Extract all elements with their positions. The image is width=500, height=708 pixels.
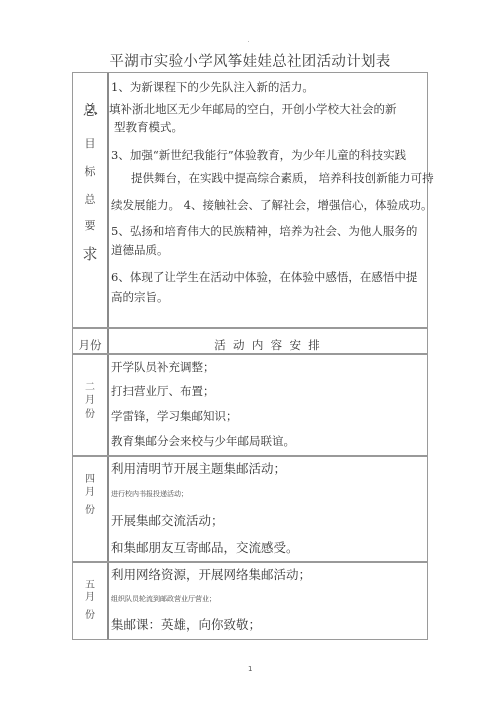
goal-line: 型教育模式。 — [114, 119, 183, 135]
activity-plan-table: 总 目 标 总 要 求 1、为新课程下的少先队注入新的活力。 2、 填补浙北地区… — [72, 72, 428, 640]
activity-item: 利用网络资源，开展网络集邮活动； — [111, 565, 311, 583]
goals-label-char: 标 — [73, 163, 107, 179]
month-label-char: 月 — [73, 483, 107, 498]
goal-line: 1、为新课程下的少先队注入新的活力。 — [111, 79, 314, 95]
goal-line: 填补浙北地区无少年邮局的空白，开创小学校大社会的新 — [109, 101, 397, 117]
activity-item: 学雷锋，学习集邮知识； — [111, 408, 238, 424]
month-label-char: 份 — [73, 606, 107, 621]
content-column-header: 活 动 内 容 安 排 — [107, 337, 427, 353]
row-divider — [73, 455, 427, 457]
activity-item: 开展集邮交流活动； — [111, 511, 224, 529]
goal-line: 道德品质。 — [111, 242, 169, 258]
goals-label-char: 总 — [73, 191, 107, 207]
row-divider — [73, 561, 427, 563]
month-label-char: 份 — [73, 501, 107, 516]
activity-item: 打扫营业厅、布置； — [111, 383, 215, 399]
row-divider — [73, 353, 427, 355]
month-label-char: 月 — [73, 588, 107, 603]
page-number: 1 — [248, 665, 252, 673]
goal-line: 提供舞台，在实践中提高综合素质， 培养科技创新能力可持 — [131, 170, 434, 186]
month-label-char: 份 — [73, 405, 107, 420]
goal-line: 6、体现了让学生在活动中体验，在体验中感悟，在感悟中提 — [111, 269, 417, 285]
goal-line: 高的宗旨。 — [111, 289, 169, 305]
activity-item: 集邮课：英雄，向你致敬； — [111, 615, 261, 633]
goals-label-char: 目 — [73, 135, 107, 151]
activity-item: 和集邮朋友互寄邮品，交流感受。 — [111, 538, 299, 556]
activity-item: 教育集邮分会来校与少年邮局联谊。 — [111, 433, 295, 449]
row-divider — [73, 327, 427, 329]
column-divider — [107, 73, 109, 639]
activity-item: 利用清明节开展主题集邮活动； — [111, 459, 286, 477]
activity-item: 组织队员轮流到邮政营业厅营业； — [111, 594, 216, 604]
page-marker-dot — [248, 41, 249, 42]
goal-line: 3、加强“新世纪我能行”体验教育，为少年儿童的科技实践 — [111, 147, 406, 163]
goal-line: 续发展能力。 4、接触社会、了解社会，增强信心，体验成功。 — [111, 197, 432, 213]
activity-item: 进行校内书报投递活动； — [111, 489, 188, 499]
goals-label-char: 要 — [73, 217, 107, 233]
activity-item: 开学队员补充调整； — [111, 359, 215, 375]
goals-label-char: 求 — [73, 243, 107, 264]
goal-line-number: 2、 — [87, 101, 105, 117]
document-title: 平湖市实验小学风筝娃娃总社团活动计划表 — [0, 50, 500, 71]
month-column-header: 月份 — [73, 337, 107, 353]
month-label-char: 月 — [73, 391, 107, 406]
goal-line: 5、弘扬和培育伟大的民族精神，培养为社会、为他人服务的 — [111, 223, 417, 239]
